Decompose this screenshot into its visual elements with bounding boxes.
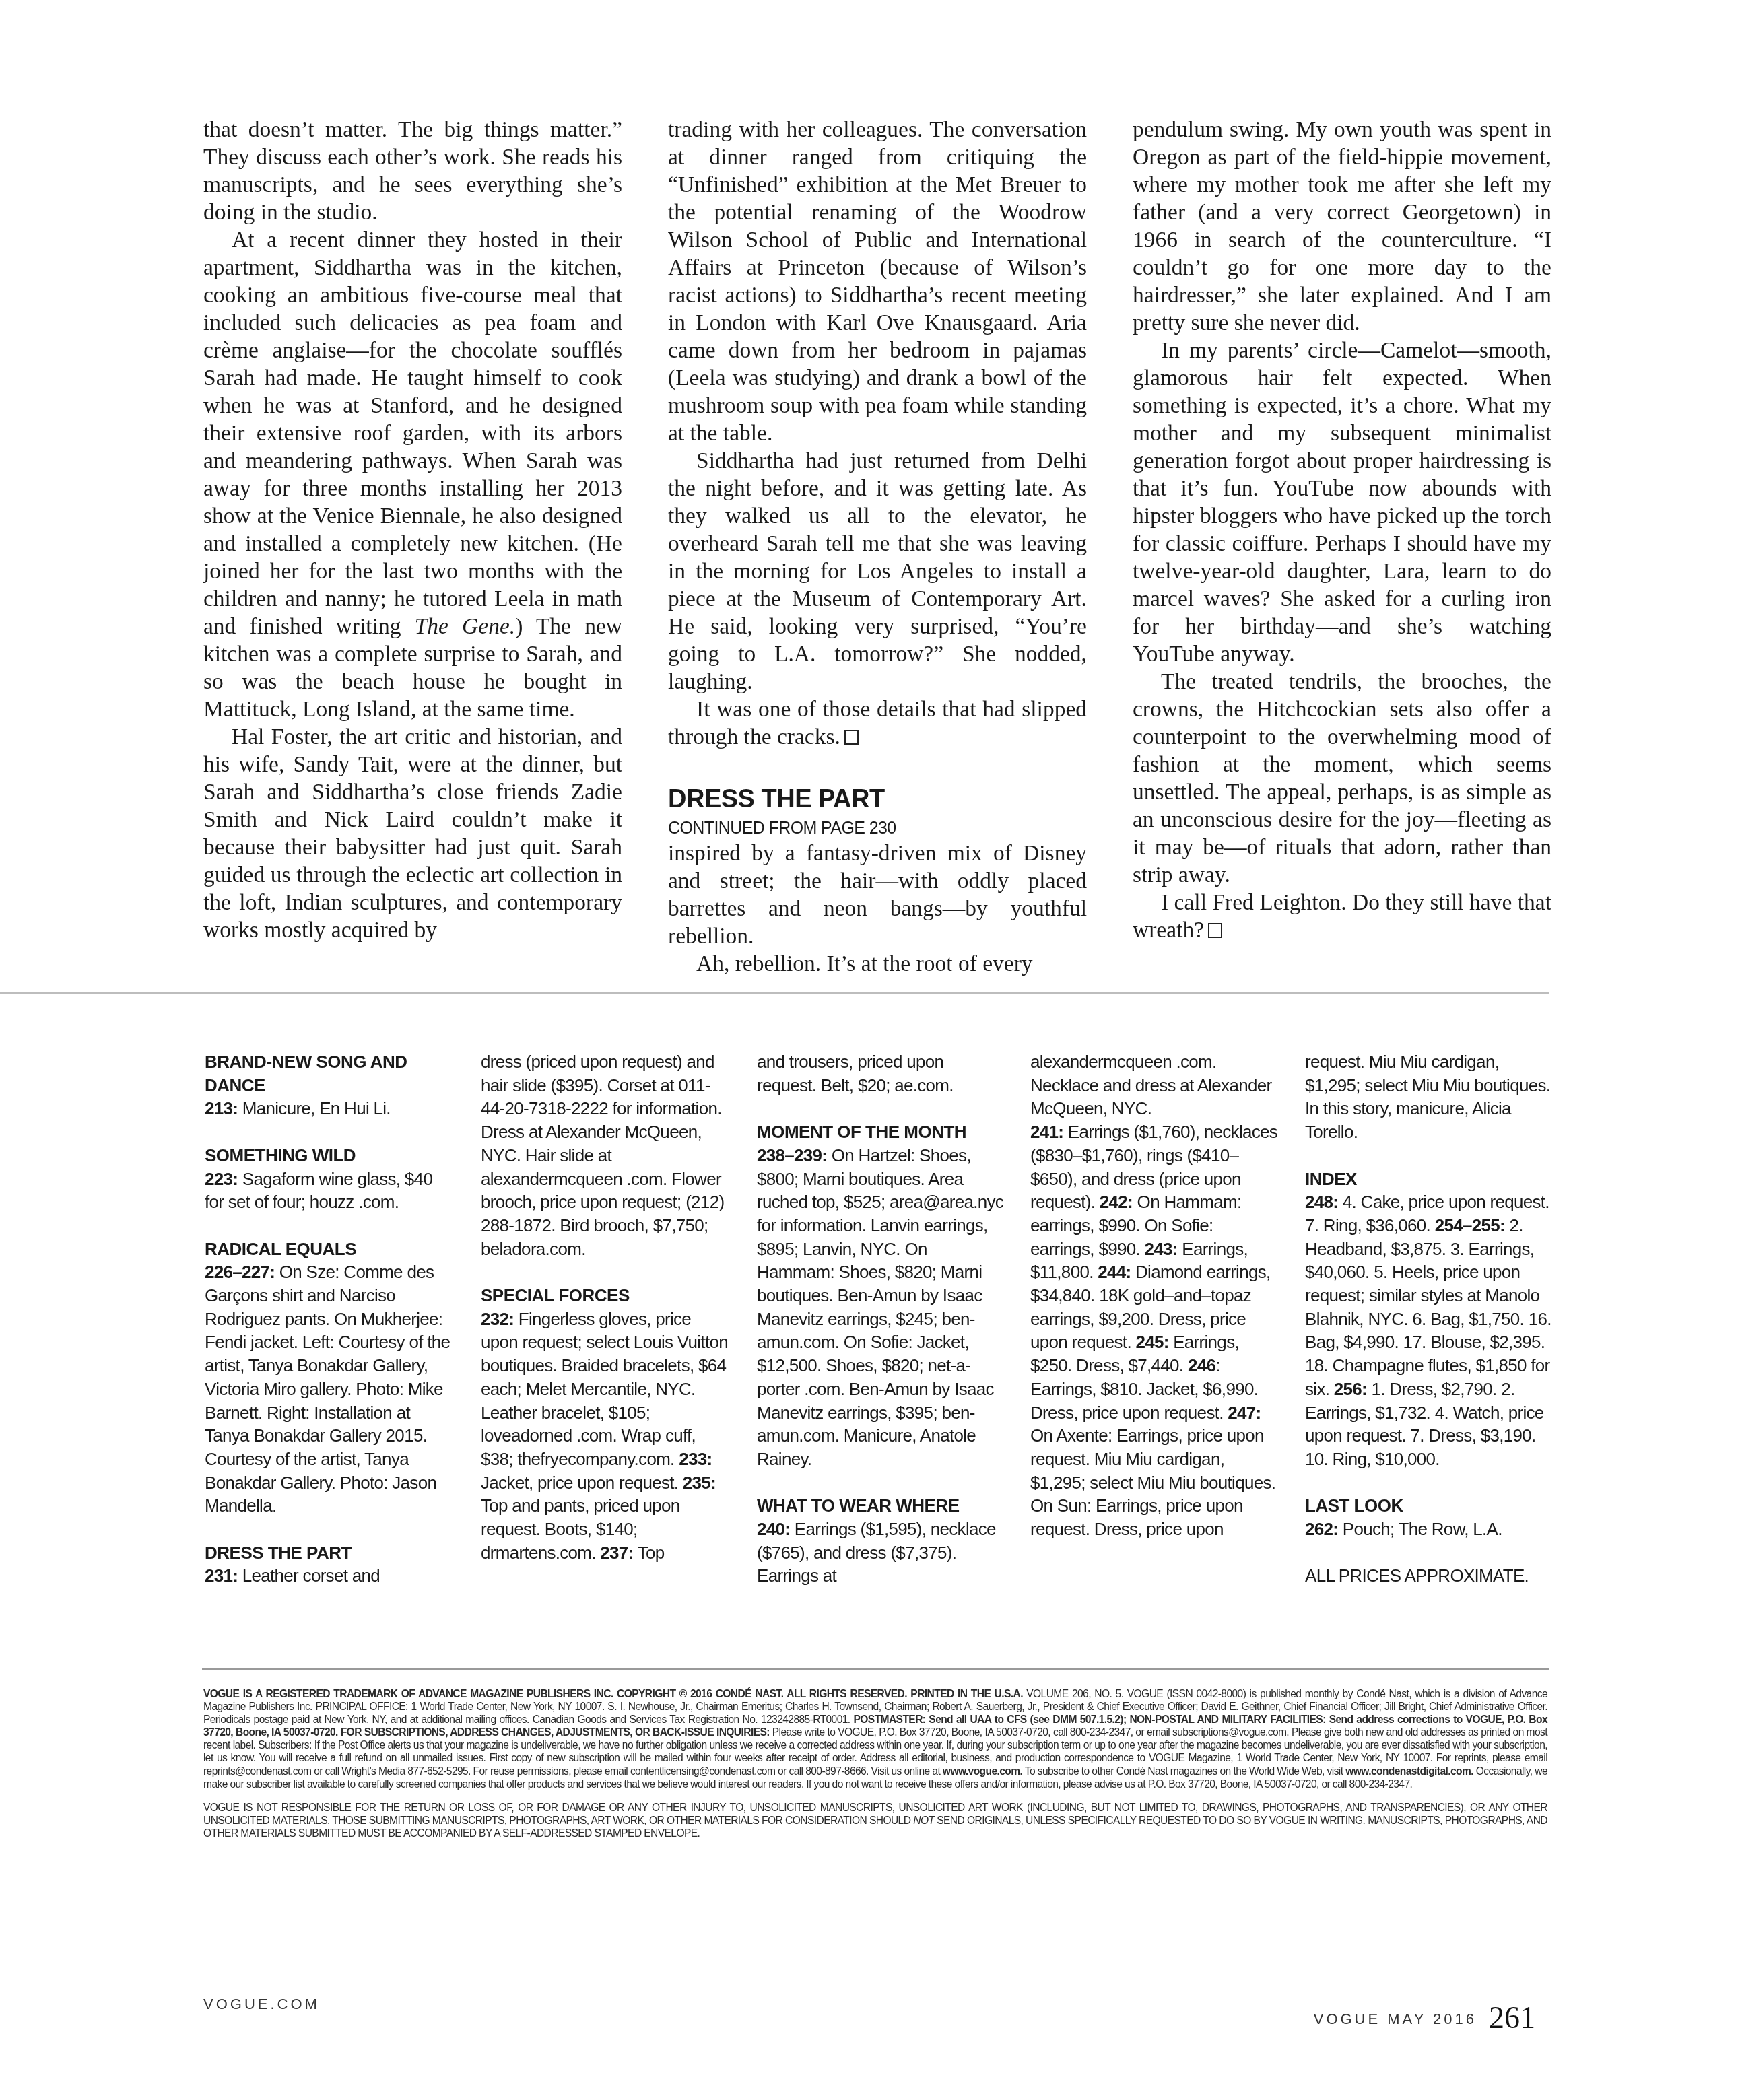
footer-folio: VOGUE MAY 2016 261 bbox=[1314, 1996, 1535, 2031]
end-of-story-square-icon bbox=[1208, 923, 1222, 938]
credit-entry: 241: Earrings ($1,760), necklaces ($830–… bbox=[1030, 1120, 1279, 1541]
credit-heading: INDEX bbox=[1305, 1167, 1554, 1191]
credit-entry: 248: 4. Cake, price upon request. 7. Rin… bbox=[1305, 1190, 1554, 1470]
paragraph: Ah, rebellion. It’s at the root of every bbox=[668, 950, 1087, 978]
credit-entry: 213: Manicure, En Hui Li. bbox=[205, 1097, 454, 1120]
paragraph: inspired by a fantasy-driven mix of Disn… bbox=[668, 840, 1087, 950]
credit-entry: alexandermcqueen .com. Necklace and dres… bbox=[1030, 1050, 1279, 1120]
credit-entry: 238–239: On Hartzel: Shoes, $800; Marni … bbox=[757, 1144, 1006, 1471]
credits-column-2: dress (priced upon request) and hair sli… bbox=[481, 1050, 730, 1564]
publication-notice: VOGUE IS A REGISTERED TRADEMARK OF ADVAN… bbox=[203, 1688, 1547, 1791]
credit-heading: WHAT TO WEAR WHERE bbox=[757, 1494, 1006, 1518]
credit-entry: 223: Sagaform wine glass, $40 for set of… bbox=[205, 1167, 454, 1214]
section-divider bbox=[0, 992, 1549, 994]
credit-heading: BRAND-NEW SONG AND DANCE bbox=[205, 1050, 454, 1097]
paragraph: pendulum swing. My own youth was spent i… bbox=[1133, 116, 1551, 337]
section-heading-dress-the-part: DRESS THE PART bbox=[668, 784, 1087, 814]
credits-column-4: alexandermcqueen .com. Necklace and dres… bbox=[1030, 1050, 1279, 1541]
credits-column-3: and trousers, priced upon request. Belt,… bbox=[757, 1050, 1006, 1588]
book-title: The Gene. bbox=[415, 614, 516, 639]
article-column-2: trading with her colleagues. The convers… bbox=[668, 116, 1087, 978]
prices-note: ALL PRICES APPROXIMATE. bbox=[1305, 1564, 1554, 1588]
submissions-disclaimer: VOGUE IS NOT RESPONSIBLE FOR THE RETURN … bbox=[203, 1802, 1547, 1840]
issue-label: VOGUE MAY 2016 bbox=[1314, 2010, 1477, 2028]
paragraph: In my parents’ circle—Camelot—smooth, gl… bbox=[1133, 337, 1551, 668]
vogue-website-link[interactable]: www.vogue.com. bbox=[943, 1766, 1022, 1777]
credit-entry: 262: Pouch; The Row, L.A. bbox=[1305, 1518, 1554, 1541]
article-body: that doesn’t matter. The big things matt… bbox=[203, 116, 1547, 951]
footer-website: VOGUE.COM bbox=[203, 1996, 320, 2013]
credit-entry: and trousers, priced upon request. Belt,… bbox=[757, 1050, 1006, 1097]
condenast-digital-link[interactable]: www.condenastdigital.com. bbox=[1345, 1766, 1473, 1777]
credits-column-1: BRAND-NEW SONG AND DANCE 213: Manicure, … bbox=[205, 1050, 454, 1588]
credit-heading: LAST LOOK bbox=[1305, 1494, 1554, 1518]
paragraph: The treated tendrils, the brooches, the … bbox=[1133, 668, 1551, 889]
credit-entry: 232: Fingerless gloves, price upon reque… bbox=[481, 1308, 730, 1565]
credit-heading: MOMENT OF THE MONTH bbox=[757, 1120, 1006, 1144]
credit-heading: SOMETHING WILD bbox=[205, 1144, 454, 1167]
paragraph: I call Fred Leighton. Do they still have… bbox=[1133, 889, 1551, 944]
legal-fine-print: VOGUE IS A REGISTERED TRADEMARK OF ADVAN… bbox=[203, 1688, 1547, 1840]
article-column-1: that doesn’t matter. The big things matt… bbox=[203, 116, 622, 944]
legal-divider bbox=[202, 1668, 1549, 1670]
paragraph: Hal Foster, the art critic and historian… bbox=[203, 723, 622, 944]
paragraph: Siddhartha had just returned from Delhi … bbox=[668, 447, 1087, 696]
paragraph: trading with her colleagues. The convers… bbox=[668, 116, 1087, 447]
page-number: 261 bbox=[1489, 2000, 1535, 2035]
credit-entry: 226–227: On Sze: Comme des Garçons shirt… bbox=[205, 1260, 454, 1518]
magazine-page: that doesn’t matter. The big things matt… bbox=[0, 0, 1738, 2100]
credit-entry: dress (priced upon request) and hair sli… bbox=[481, 1050, 730, 1260]
paragraph: At a recent dinner they hosted in their … bbox=[203, 226, 622, 723]
credit-entry: request. Miu Miu cardigan, $1,295; selec… bbox=[1305, 1050, 1554, 1144]
credit-entry: 240: Earrings ($1,595), necklace ($765),… bbox=[757, 1518, 1006, 1588]
end-of-story-square-icon bbox=[844, 730, 859, 745]
paragraph: It was one of those details that had sli… bbox=[668, 696, 1087, 751]
paragraph: that doesn’t matter. The big things matt… bbox=[203, 116, 622, 226]
continued-from-label: CONTINUED FROM PAGE 230 bbox=[668, 817, 1087, 840]
credit-heading: SPECIAL FORCES bbox=[481, 1284, 730, 1308]
credits-column-5: request. Miu Miu cardigan, $1,295; selec… bbox=[1305, 1050, 1554, 1588]
credit-heading: RADICAL EQUALS bbox=[205, 1238, 454, 1261]
credit-heading: DRESS THE PART bbox=[205, 1541, 454, 1565]
article-column-3: pendulum swing. My own youth was spent i… bbox=[1133, 116, 1551, 944]
credit-entry: 231: Leather corset and bbox=[205, 1564, 454, 1588]
